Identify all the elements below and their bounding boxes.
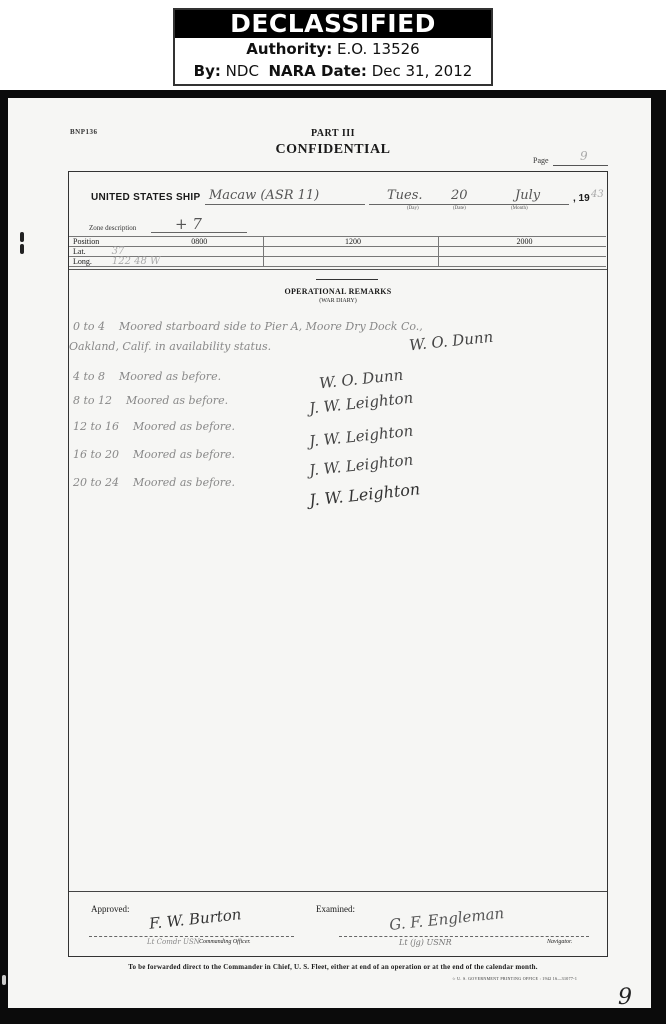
lat-2000-value [439, 247, 607, 257]
part-heading: PART III [0, 128, 666, 139]
ship-info-row: UNITED STATES SHIP Macaw (ASR 11) Tues. … [69, 172, 607, 238]
navigator-signature-line [339, 936, 589, 937]
lat-label: Lat. [73, 247, 86, 256]
navigator-signature: G. F. Engleman [388, 904, 505, 934]
folio-number: 9 [618, 985, 632, 1010]
month-caption: (Month) [511, 206, 528, 211]
remark-text: Moored as before. [133, 448, 235, 461]
date-caption: (Date) [453, 206, 466, 211]
punch-hole-mark [2, 975, 6, 985]
stamp-title: DECLASSIFIED [175, 10, 491, 38]
approved-label: Approved: [91, 904, 130, 914]
long-2000-value [439, 257, 607, 267]
authority-label: Authority: [246, 40, 332, 58]
time-2000: 2000 [439, 237, 607, 247]
examined-label: Examined: [316, 904, 355, 914]
commanding-officer-signature: F. W. Burton [148, 905, 242, 933]
year-suffix: 43 [591, 189, 604, 200]
remark-entry: 0 to 4 Moored starboard side to Pier A, … [73, 320, 423, 333]
page-label: Page [533, 156, 549, 165]
co-signature-line [89, 936, 294, 937]
time-0800: 0800 [191, 237, 207, 246]
stamp-by-date: By: NDC NARA Date: Dec 31, 2012 [175, 60, 491, 82]
nara-value: Dec 31, 2012 [372, 62, 473, 80]
co-label: Commanding Officer. [199, 939, 251, 945]
remark-text: Oakland, Calif. in availability status. [69, 340, 271, 353]
by-value: NDC [226, 62, 259, 80]
watch-time: 8 to 12 [73, 394, 112, 407]
long-label: Long. [73, 257, 92, 266]
watch-time: 16 to 20 [73, 448, 119, 461]
day-value: Tues. [387, 188, 423, 203]
page-number: 9 [580, 149, 588, 163]
remark-entry: 8 to 12 Moored as before. [73, 394, 228, 407]
lat-cell: Lat. 37 [69, 247, 264, 257]
time-1200: 1200 [264, 237, 439, 247]
remarks-rule [316, 279, 378, 280]
watch-officer-signature: J. W. Leighton [308, 451, 414, 480]
position-header-row: Position 0800 1200 2000 [69, 237, 606, 247]
position-table: Position 0800 1200 2000 Lat. 37 Long. 12… [69, 236, 606, 267]
date-line [369, 204, 569, 205]
long-cell: Long. 122 48 W [69, 257, 264, 267]
punch-hole-mark [20, 244, 24, 254]
punch-hole-mark [20, 232, 24, 242]
long-row: Long. 122 48 W [69, 257, 606, 267]
remark-text: Moored starboard side to Pier A, Moore D… [119, 320, 423, 333]
remark-entry: 16 to 20 Moored as before. [73, 448, 235, 461]
declassified-stamp: DECLASSIFIED Authority: E.O. 13526 By: N… [173, 8, 493, 86]
zone-label: Zone description [89, 224, 136, 232]
classification-heading: CONFIDENTIAL [0, 142, 666, 158]
stamp-authority: Authority: E.O. 13526 [175, 38, 491, 60]
lat-row: Lat. 37 [69, 247, 606, 257]
printing-office-note: ☆ U. S. GOVERNMENT PRINTING OFFICE : 194… [452, 976, 577, 981]
page-underline [553, 165, 608, 166]
navigator-rank: Lt (jg) USNR [399, 938, 452, 947]
long-1200-value [264, 257, 439, 267]
position-header-label: Position 0800 [69, 237, 264, 247]
ship-label: UNITED STATES SHIP [91, 192, 200, 203]
lat-1200-value [264, 247, 439, 257]
watch-time: 0 to 4 [73, 320, 105, 333]
co-rank: Lt Comdr USN [147, 938, 200, 946]
by-label: By: [194, 62, 221, 80]
zone-value: + 7 [175, 215, 202, 233]
remark-entry: 12 to 16 Moored as before. [73, 420, 235, 433]
watch-officer-signature: J. W. Leighton [308, 389, 414, 418]
section-divider [69, 269, 607, 270]
watch-officer-signature: J. W. Leighton [308, 422, 414, 451]
remark-text: Moored as before. [133, 476, 235, 489]
position-label: Position [73, 237, 99, 246]
remark-text: Moored as before. [133, 420, 235, 433]
remarks-title: OPERATIONAL REMARKS [69, 287, 607, 296]
long-0800-value: 122 48 W [112, 256, 160, 267]
remark-text: Moored as before. [126, 394, 228, 407]
day-caption: (Day) [407, 206, 419, 211]
watch-officer-signature: J. W. Leighton [308, 479, 421, 510]
forwarding-instruction: To be forwarded direct to the Commander … [0, 963, 666, 971]
watch-time: 20 to 24 [73, 476, 119, 489]
authority-value: E.O. 13526 [337, 40, 420, 58]
remarks-subtitle: (WAR DIARY) [69, 298, 607, 304]
ship-name-line [205, 204, 365, 205]
war-diary-form: UNITED STATES SHIP Macaw (ASR 11) Tues. … [68, 171, 608, 957]
nara-label: NARA Date: [268, 62, 366, 80]
remark-text: Moored as before. [119, 370, 221, 383]
watch-time: 4 to 8 [73, 370, 105, 383]
date-value: 20 [451, 188, 468, 203]
remark-entry: 20 to 24 Moored as before. [73, 476, 235, 489]
remark-entry: 4 to 8 Moored as before. [73, 370, 221, 383]
ship-name: Macaw (ASR 11) [209, 188, 319, 203]
month-value: July [515, 188, 540, 203]
remark-entry-continued: Oakland, Calif. in availability status. [69, 340, 271, 353]
year-prefix: , 19 [573, 193, 590, 204]
watch-officer-signature: W. O. Dunn [318, 366, 404, 393]
watch-time: 12 to 16 [73, 420, 119, 433]
navigator-label: Navigator. [547, 939, 572, 945]
footer-divider [69, 891, 607, 892]
